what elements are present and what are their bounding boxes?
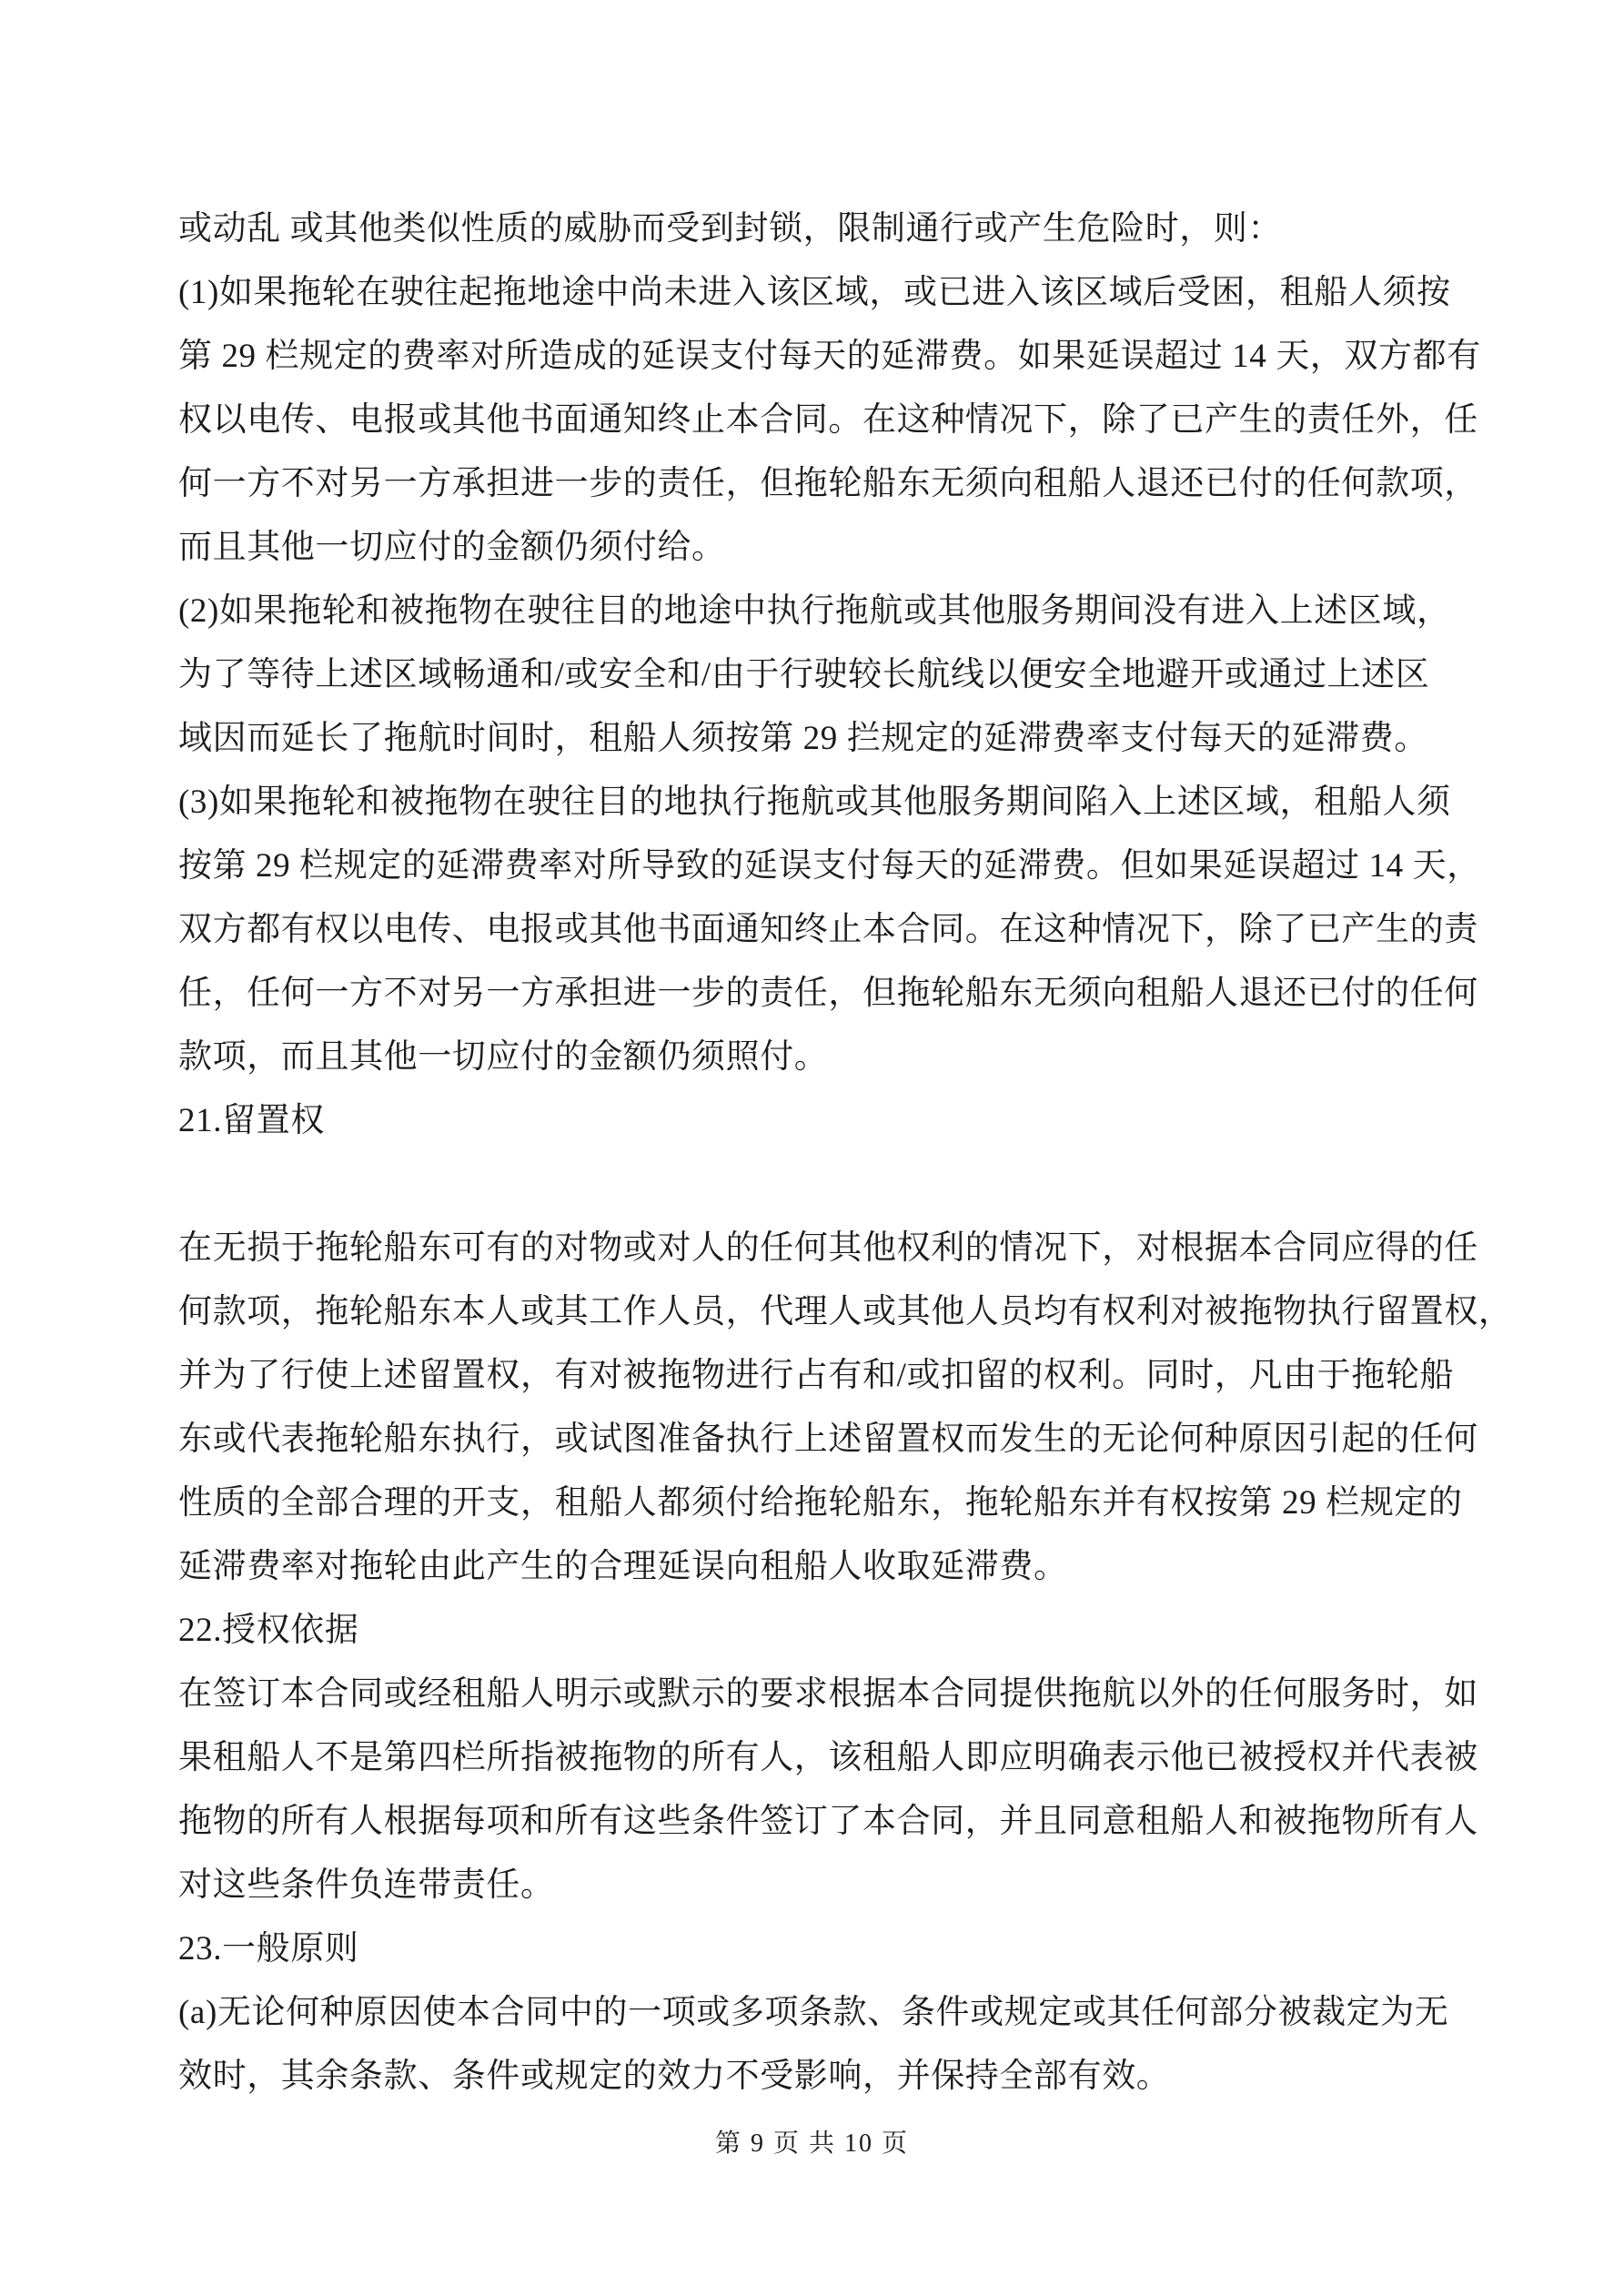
text-line: (3)如果拖轮和被拖物在驶往目的地执行拖航或其他服务期间陷入上述区域，租船人须 bbox=[178, 771, 1493, 834]
text-line: 在签订本合同或经租船人明示或默示的要求根据本合同提供拖航以外的任何服务时，如 bbox=[178, 1663, 1493, 1726]
text-line: 果租船人不是第四栏所指被拖物的所有人，该租船人即应明确表示他已被授权并代表被 bbox=[178, 1726, 1493, 1790]
text-line: 而且其他一切应付的金额仍须付给。 bbox=[178, 516, 1493, 580]
text-line: 为了等待上述区域畅通和/或安全和/由于行驶较长航线以便安全地避开或通过上述区 bbox=[178, 643, 1493, 707]
text-line: 按第 29 栏规定的延滞费率对所导致的延误支付每天的延滞费。但如果延误超过 14… bbox=[178, 834, 1493, 898]
page-number-footer: 第 9 页 共 10 页 bbox=[0, 2126, 1624, 2162]
text-line: 在无损于拖轮船东可有的对物或对人的任何其他权利的情况下，对根据本合同应得的任 bbox=[178, 1217, 1493, 1280]
text-line: 或动乱 或其他类似性质的威胁而受到封锁，限制通行或产生危险时，则： bbox=[178, 197, 1493, 261]
document-page: 或动乱 或其他类似性质的威胁而受到封锁，限制通行或产生危险时，则：(1)如果拖轮… bbox=[0, 0, 1624, 2296]
text-line: 任，任何一方不对另一方承担进一步的责任，但拖轮船东无须向租船人退还已付的任何 bbox=[178, 962, 1493, 1026]
text-line: (2)如果拖轮和被拖物在驶往目的地途中执行拖航或其他服务期间没有进入上述区域， bbox=[178, 580, 1493, 643]
text-line: 权以电传、电报或其他书面通知终止本合同。在这种情况下，除了已产生的责任外，任 bbox=[178, 389, 1493, 452]
text-line: 东或代表拖轮船东执行，或试图准备执行上述留置权而发生的无论何种原因引起的任何 bbox=[178, 1408, 1493, 1472]
text-line: 对这些条件负连带责任。 bbox=[178, 1854, 1493, 1917]
document-text-block: 或动乱 或其他类似性质的威胁而受到封锁，限制通行或产生危险时，则：(1)如果拖轮… bbox=[178, 197, 1493, 2109]
text-line: 延滞费率对拖轮由此产生的合理延误向租船人收取延滞费。 bbox=[178, 1535, 1493, 1599]
text-line: 拖物的所有人根据每项和所有这些条件签订了本合同，并且同意租船人和被拖物所有人 bbox=[178, 1790, 1493, 1854]
text-line: 并为了行使上述留置权，有对被拖物进行占有和/或扣留的权利。同时，凡由于拖轮船 bbox=[178, 1344, 1493, 1408]
text-line: 22.授权依据 bbox=[178, 1599, 1493, 1663]
text-line: 23.一般原则 bbox=[178, 1917, 1493, 1981]
text-line: 第 29 栏规定的费率对所造成的延误支付每天的延滞费。如果延误超过 14 天，双… bbox=[178, 325, 1493, 389]
text-line: 款项，而且其他一切应付的金额仍须照付。 bbox=[178, 1026, 1493, 1089]
text-line: (1)如果拖轮在驶往起拖地途中尚未进入该区域，或已进入该区域后受困，租船人须按 bbox=[178, 261, 1493, 325]
text-line: 域因而延长了拖航时间时，租船人须按第 29 拦规定的延滞费率支付每天的延滞费。 bbox=[178, 707, 1493, 771]
text-line: (a)无论何种原因使本合同中的一项或多项条款、条件或规定或其任何部分被裁定为无 bbox=[178, 1981, 1493, 2045]
text-line: 性质的全部合理的开支，租船人都须付给拖轮船东，拖轮船东并有权按第 29 栏规定的 bbox=[178, 1472, 1493, 1535]
text-line: 效时，其余条款、条件或规定的效力不受影响，并保持全部有效。 bbox=[178, 2045, 1493, 2109]
text-line: 21.留置权 bbox=[178, 1089, 1493, 1153]
blank-line bbox=[178, 1153, 1493, 1217]
text-line: 何一方不对另一方承担进一步的责任，但拖轮船东无须向租船人退还已付的任何款项， bbox=[178, 452, 1493, 516]
text-line: 双方都有权以电传、电报或其他书面通知终止本合同。在这种情况下，除了已产生的责 bbox=[178, 898, 1493, 962]
text-line: 何款项，拖轮船东本人或其工作人员，代理人或其他人员均有权利对被拖物执行留置权， bbox=[178, 1280, 1493, 1344]
